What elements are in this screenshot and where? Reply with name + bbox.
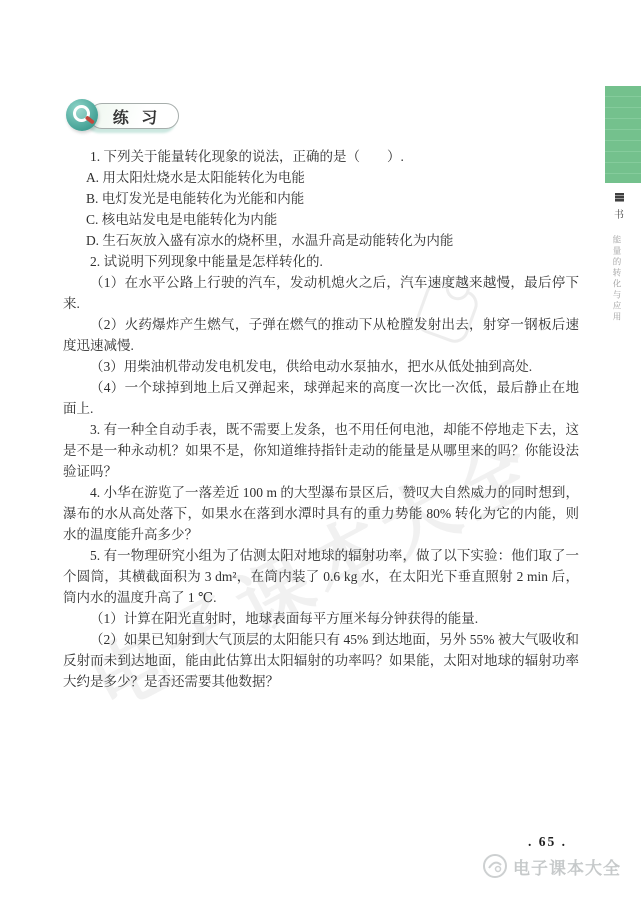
magnifier-badge [66, 99, 98, 131]
question-5-sub-2: （2）如果已知射到大气顶层的太阳能只有 45% 到达地面，另外 55% 被大气吸… [63, 629, 579, 692]
watermark-logo-icon [482, 853, 508, 879]
question-3: 3. 有一种全自动手表，既不需要上发条，也不用任何电池，却能不停地走下去，这是不… [63, 419, 579, 482]
exercise-pill: 练 习 [89, 103, 179, 129]
exercise-content: 1. 下列关于能量转化现象的说法，正确的是（ ）. A. 用太阳灶烧水是太阳能转… [63, 146, 579, 692]
question-2-sub-3: （3）用柴油机带动发电机发电，供给电动水泵抽水，把水从低处抽到高处. [63, 356, 579, 377]
footer-watermark: 电子课本大全 [482, 853, 621, 879]
question-1: 1. 下列关于能量转化现象的说法，正确的是（ ）. [63, 146, 579, 167]
watermark-site-name: 电子课本大全 [513, 854, 621, 879]
question-5-sub-1: （1）计算在阳光直射时，地球表面每平方厘米每分钟获得的能量. [63, 608, 579, 629]
question-2-sub-4: （4）一个球掉到地上后又弹起来，球弹起来的高度一次比一次低，最后静止在地面上. [63, 377, 579, 419]
chapter-tab [605, 86, 641, 183]
option-b: B. 电灯发光是电能转化为光能和内能 [63, 188, 579, 209]
margin-mark: 书 [612, 189, 626, 221]
margin-label: 书 [612, 210, 626, 221]
exercise-label: 练 习 [107, 105, 161, 128]
page-number: . 65 . [528, 834, 567, 850]
magnifier-handle-icon [85, 115, 95, 124]
exercise-header: 练 习 [66, 99, 186, 135]
option-a: A. 用太阳灶烧水是太阳能转化为电能 [63, 167, 579, 188]
book-icon [615, 193, 624, 202]
option-c: C. 核电站发电是电能转化为内能 [63, 209, 579, 230]
chapter-vertical-title: 能量的转化与应用 [611, 235, 623, 355]
question-2-sub-2: （2）火药爆炸产生燃气，子弹在燃气的推动下从枪膛发射出去，射穿一钢板后速度迅速减… [63, 314, 579, 356]
option-d: D. 生石灰放入盛有凉水的烧杯里，水温升高是动能转化为内能 [63, 230, 579, 251]
question-2: 2. 试说明下列现象中能量是怎样转化的. [63, 251, 579, 272]
question-2-sub-1: （1）在水平公路上行驶的汽车，发动机熄火之后，汽车速度越来越慢，最后停下来. [63, 272, 579, 314]
question-5: 5. 有一物理研究小组为了估测太阳对地球的辐射功率，做了以下实验：他们取了一个圆… [63, 545, 579, 608]
question-4: 4. 小华在游览了一落差近 100 m 的大型瀑布景区后，赞叹大自然威力的同时想… [63, 482, 579, 545]
